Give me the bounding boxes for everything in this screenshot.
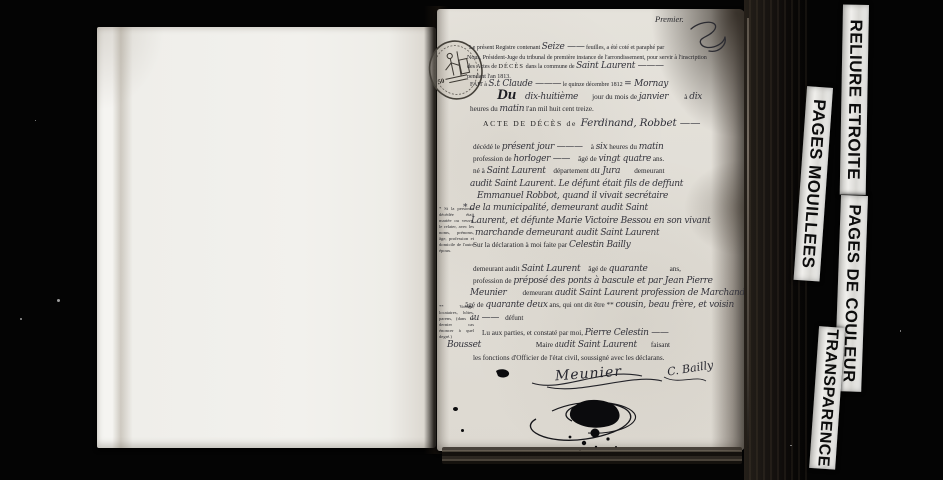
handwritten-text: u Jura	[594, 166, 620, 176]
handwritten-text: Saint Laurent	[487, 166, 546, 176]
printed-text: le quinze décembre 1812	[561, 82, 624, 88]
printed-text: âgé de	[578, 155, 598, 163]
handwritten-text: * de la municipalité, demeurant audit Sa…	[463, 203, 648, 213]
text-line: Laurent, et défunte Marie Victoire Besso…	[471, 213, 745, 225]
printed-text: ans, qui ont dit être **	[548, 301, 616, 309]
text-line: Lu aux parties, et constaté par moi, Pie…	[482, 325, 745, 337]
blotted-signature	[492, 361, 742, 457]
printed-text: ACTE DE DÉCÈS de	[483, 119, 581, 128]
blank-left-page	[97, 27, 436, 448]
printed-text: ans.	[651, 155, 664, 163]
text-line: ACTE DE DÉCÈS de Ferdinand, Robbet ——	[483, 116, 745, 128]
dust-speck	[20, 318, 22, 320]
printed-text: né à	[473, 167, 487, 175]
page-block-edge	[442, 447, 742, 464]
printed-text: heures du	[607, 143, 638, 151]
handwritten-text: udit Saint Laurent	[558, 340, 636, 350]
text-line: Sur la déclaration à moi faite par Celes…	[473, 237, 745, 249]
death-act-body: Du dix-huitièmejour du mois de janvierà …	[437, 89, 745, 362]
printed-text: jour du mois de	[592, 93, 639, 101]
marginal-note-spouse: * Si la personne décédée était mariée ou…	[439, 206, 474, 255]
text-line: demeurant audit Saint Laurentâgé de quar…	[473, 261, 745, 273]
printed-text: ans,	[670, 265, 681, 273]
handwritten-text: matin	[500, 104, 525, 114]
text-line: audit Saint Laurent. Le défunt était fil…	[470, 176, 745, 188]
text-line: heures du matin l'an mil huit cent treiz…	[470, 101, 745, 113]
text-line: du ——défunt	[470, 310, 745, 322]
printed-text: heures du	[470, 105, 500, 113]
printed-text: profession de	[473, 155, 513, 163]
handwritten-text: dix	[689, 92, 702, 102]
handwritten-text: cousin, beau frère, et voisin	[616, 300, 734, 310]
handwritten-text: Ferdinand, Robbet ——	[581, 117, 701, 129]
printed-text: FAIT à	[470, 82, 488, 88]
handwritten-text: Bousset	[447, 340, 481, 350]
text-line: né à Saint Laurent département du Jurade…	[473, 163, 745, 175]
stamp-value: 50	[437, 78, 445, 86]
printed-text: Lu aux parties, et constaté par moi,	[482, 329, 585, 337]
text-line: marchande demeurant audit Saint Laurent	[475, 225, 745, 237]
dust-speck	[57, 299, 60, 302]
dust-speck	[790, 445, 792, 446]
form-header: Le présent Registre contenant Seize —— f…	[467, 40, 743, 86]
printed-text: profession de	[473, 277, 513, 285]
death-register-page: Premier. 50 Le présent Registre contenan…	[437, 9, 745, 451]
text-line: profession de préposé des ponts à bascul…	[473, 273, 745, 285]
handwritten-text: u ——	[474, 313, 499, 323]
text-line: * de la municipalité, demeurant audit Sa…	[463, 200, 745, 212]
handwritten-text: janvier	[639, 92, 668, 102]
printed-text: défunt	[505, 314, 523, 322]
printed-text: demeurant	[634, 167, 664, 175]
marginal-note-witnesses: ** Voisins, locataires, hôtes, parens, (…	[439, 304, 474, 340]
dust-speck	[900, 330, 901, 332]
ink-spot	[453, 407, 458, 411]
printed-text: demeurant	[523, 289, 555, 297]
microfilm-scan-stage: Premier. 50 Le présent Registre contenan…	[0, 0, 943, 480]
printed-text: âgé de	[588, 265, 608, 273]
printed-text: dans la commune de	[524, 64, 576, 70]
text-line: Le présent Registre contenant Seize —— f…	[469, 40, 743, 50]
ink-spot	[461, 429, 464, 432]
text-line: Meunierdemeurant audit Saint Laurent pro…	[470, 285, 745, 297]
printed-text: l'an mil huit cent treize.	[524, 105, 594, 113]
dust-speck	[35, 120, 36, 121]
text-line: profession de horloger ——âgé de vingt qu…	[473, 151, 745, 163]
handwritten-text: Celestin Bailly	[569, 240, 630, 250]
text-line: BoussetMaire dudit Saint Laurentfaisant	[447, 337, 745, 349]
handwritten-text: Saint Laurent ———	[576, 61, 664, 71]
printed-text: faisant	[651, 341, 670, 349]
flag-strip-transparence: TRANSPARENCE	[809, 326, 845, 469]
printed-text: département d	[552, 167, 595, 175]
text-line: âgé de quarante deux ans, qui ont dit êt…	[465, 297, 745, 309]
printed-text: demeurant audit	[473, 265, 521, 273]
flag-strip-reliure-etroite: RELIURE ETROITE	[840, 5, 869, 195]
page-label: Premier.	[655, 14, 684, 24]
text-line: Nous, Président-Juge du tribunal de prem…	[467, 50, 743, 60]
handwritten-text: = Mornay	[624, 79, 668, 89]
text-line: Du dix-huitièmejour du mois de janvierà …	[497, 89, 745, 101]
text-line: FAIT à S.t Claude ——— le quinze décembre…	[470, 77, 743, 87]
printed-text: décédé le	[473, 143, 502, 151]
handwritten-text: quarante deux	[485, 300, 547, 310]
text-line: décédé le présent jour ———à six heures d…	[473, 139, 745, 151]
printed-text: Maire d	[536, 341, 559, 349]
printed-text: Sur la déclaration à moi faite par	[473, 241, 569, 249]
text-line: Emmanuel Robbot, quand il vivait secréta…	[477, 188, 745, 200]
